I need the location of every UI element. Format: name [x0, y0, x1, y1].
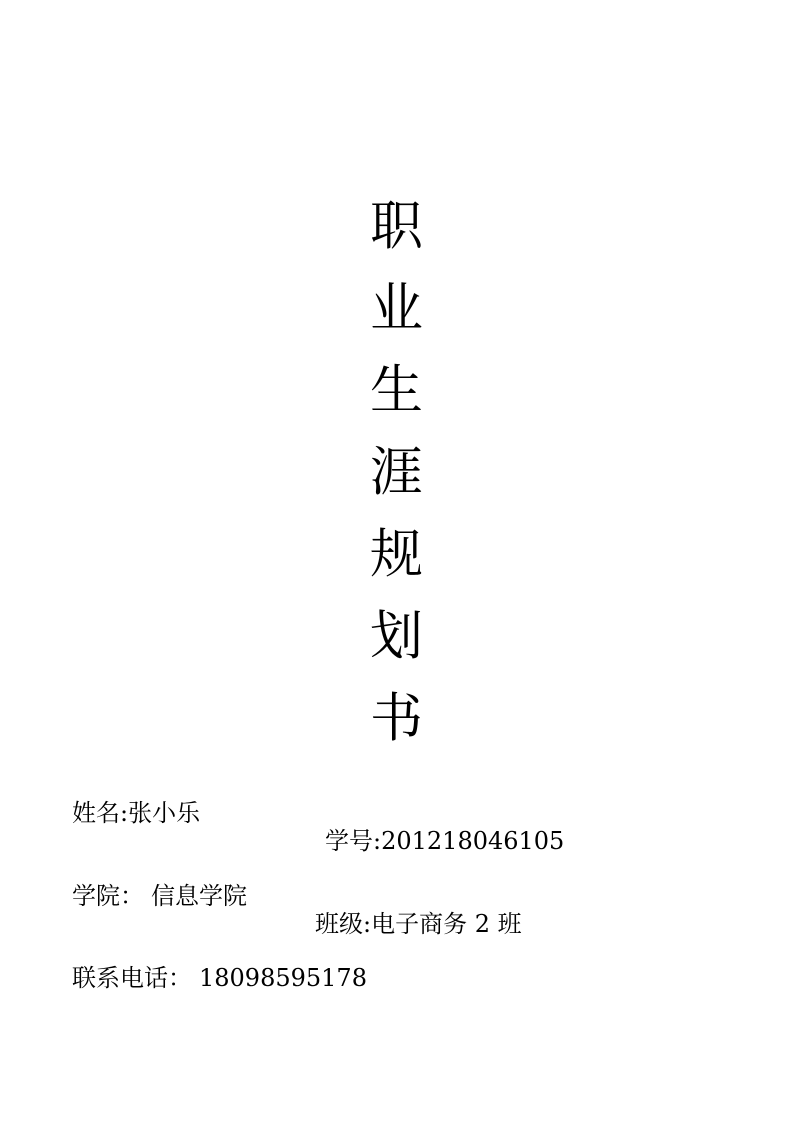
document-page: 职 业 生 涯 规 划 书 姓名:张小乐 学号:201218046105 学院：…	[0, 0, 793, 1122]
college-value: 信息学院	[151, 882, 247, 910]
student-id-value: 201218046105	[381, 827, 564, 855]
info-line-name-and-id: 姓名:张小乐 学号:201218046105	[0, 771, 793, 801]
title-char-1: 职	[0, 186, 793, 268]
title-char-6: 划	[0, 596, 793, 678]
phone-field: 联系电话：18098595178	[72, 964, 367, 992]
title-char-3: 生	[0, 350, 793, 432]
class-value: 电子商务 2 班	[371, 910, 522, 938]
phone-value: 18098595178	[199, 964, 367, 992]
college-field: 学院：信息学院	[72, 882, 247, 910]
title-char-7: 书	[0, 678, 793, 760]
info-line-phone: 联系电话：18098595178	[0, 936, 793, 966]
document-title: 职 业 生 涯 规 划 书	[0, 186, 793, 760]
class-label: 班级:	[315, 910, 371, 938]
college-label: 学院：	[72, 882, 144, 910]
name-label: 姓名:	[72, 799, 128, 827]
class-field: 班级:电子商务 2 班	[315, 910, 522, 938]
name-field: 姓名:张小乐	[72, 799, 200, 827]
student-id-field: 学号:201218046105	[325, 827, 564, 855]
name-value: 张小乐	[128, 799, 200, 827]
phone-label: 联系电话：	[72, 964, 192, 992]
title-char-5: 规	[0, 514, 793, 596]
title-char-2: 业	[0, 268, 793, 350]
title-char-4: 涯	[0, 432, 793, 514]
student-id-label: 学号:	[325, 827, 381, 855]
info-line-college-and-class: 学院：信息学院 班级:电子商务 2 班	[0, 854, 793, 884]
